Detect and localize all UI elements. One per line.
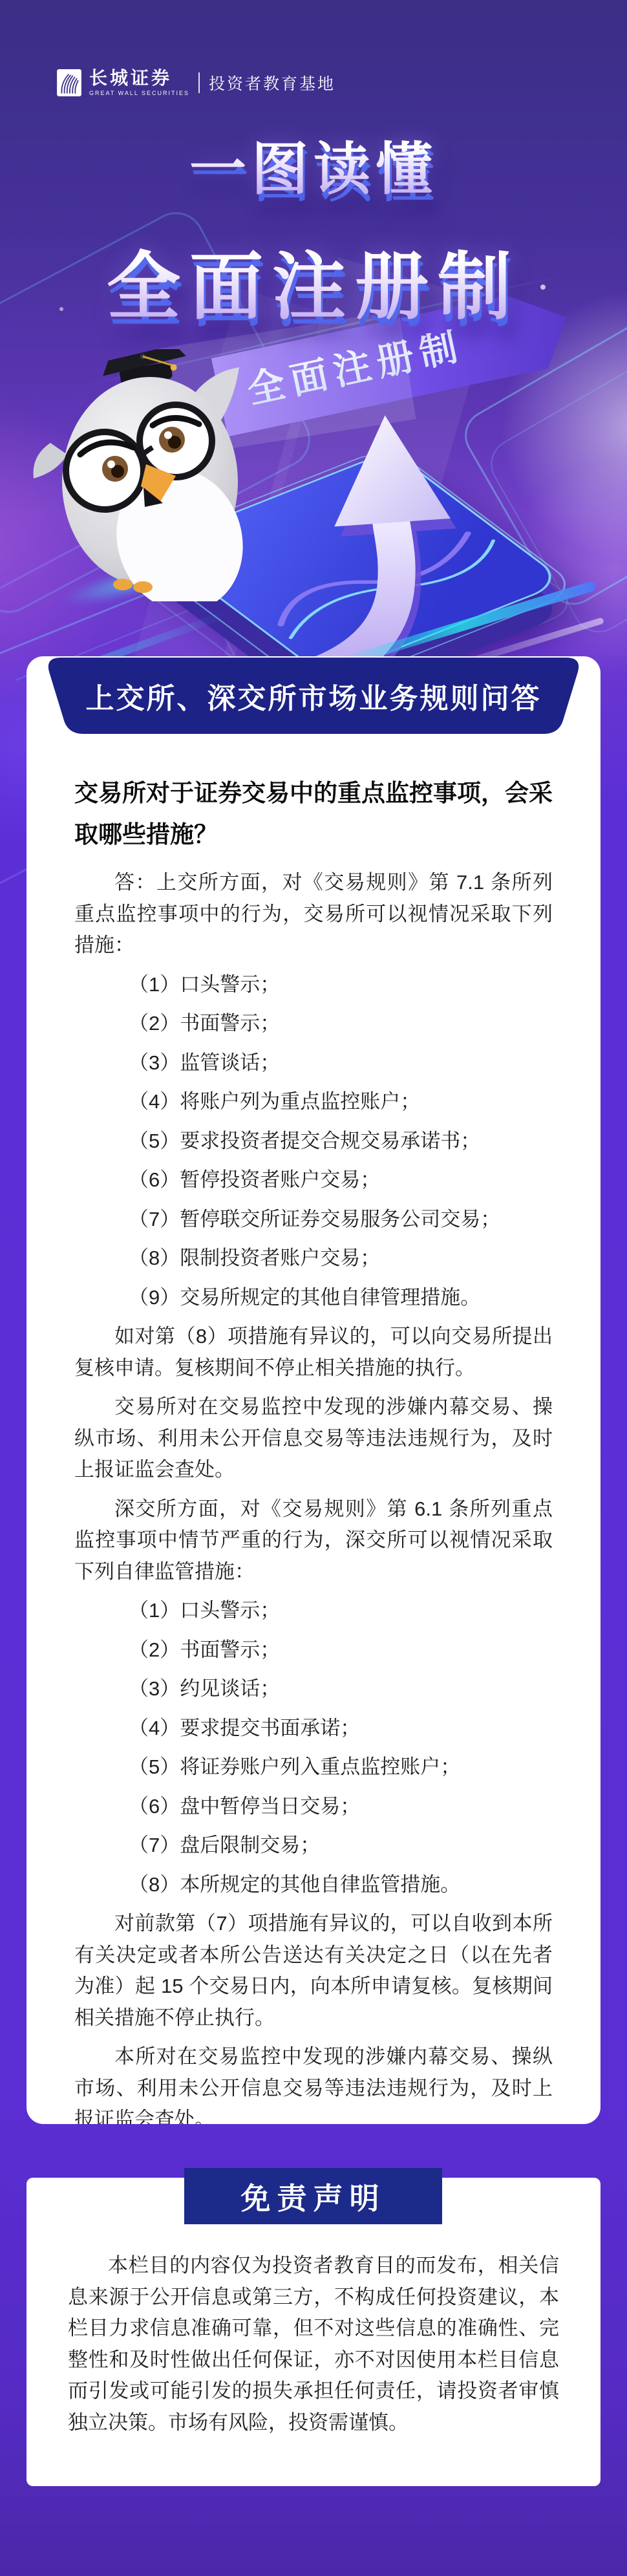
qa-list-item: （5）要求投资者提交合规交易承诺书； (74, 1126, 553, 1157)
qa-paragraph: 深交所方面，对《交易规则》第 6.1 条所列重点监控事项中情节严重的行为，深交所… (74, 1494, 553, 1588)
disclaimer-title-badge: 免责声明 (184, 2168, 442, 2224)
brand-suffix: 投资者教育基地 (209, 71, 335, 94)
qa-paragraph: 交易所对在交易监控中发现的涉嫌内幕交易、操纵市场、利用未公开信息交易等违法违规行… (74, 1391, 553, 1486)
qa-list-item: （4）要求提交书面承诺； (74, 1713, 553, 1744)
hero-title-line1-fill: 一图读懂 (0, 124, 627, 206)
qa-banner-title: 上交所、深交所市场业务规则问答 (44, 658, 583, 734)
qa-list-item: （5）将证券账户列入重点监控账户； (74, 1752, 553, 1783)
qa-list-item: （8）本所规定的其他自律监管措施。 (74, 1869, 553, 1901)
qa-list-item: （7）盘后限制交易； (74, 1830, 553, 1862)
qa-list-item: （6）暂停投资者账户交易； (74, 1165, 553, 1196)
hero-title-line2: 全面注册制 全面注册制 (0, 228, 627, 334)
qa-paragraph: 对前款第（7）项措施有异议的，可以自收到本所有关决定或者本所公告送达有关决定之日… (74, 1908, 553, 2034)
qa-list-item: （3）约见谈话； (74, 1673, 553, 1705)
owl-mascot (26, 349, 259, 601)
qa-paragraph: 本所对在交易监控中发现的涉嫌内幕交易、操纵市场、利用未公开信息交易等违法违规行为… (74, 2041, 553, 2124)
qa-card-banner: 上交所、深交所市场业务规则问答 (44, 658, 583, 734)
qa-list-item: （4）将账户列为重点监控账户； (74, 1086, 553, 1118)
qa-list-item: （9）交易所规定的其他自律管理措施。 (74, 1282, 553, 1314)
brand-name-en: GREAT WALL SECURITIES (89, 90, 189, 96)
brand-names: 长城证券 GREAT WALL SECURITIES (89, 69, 189, 96)
qa-card: 上交所、深交所市场业务规则问答 交易所对于证券交易中的重点监控事项，会采取哪些措… (27, 656, 600, 2124)
qa-list-item: （2）书面警示； (74, 1635, 553, 1666)
qa-paragraph: 答：上交所方面，对《交易规则》第 7.1 条所列重点监控事项中的行为，交易所可以… (74, 867, 553, 961)
brand-divider (198, 72, 200, 93)
poster-page: 长城证券 GREAT WALL SECURITIES 投资者教育基地 一图读懂 … (0, 0, 627, 2576)
qa-paragraph: 如对第（8）项措施有异议的，可以向交易所提出复核申请。复核期间不停止相关措施的执… (74, 1321, 553, 1384)
qa-list-item: （6）盘中暂停当日交易； (74, 1791, 553, 1823)
qa-list-item: （7）暂停联交所证券交易服务公司交易； (74, 1204, 553, 1236)
qa-list-item: （1）口头警示； (74, 969, 553, 1001)
qa-list-item: （2）书面警示； (74, 1008, 553, 1040)
hero-title-line1: 一图读懂 一图读懂 (0, 124, 627, 206)
brand-name-cn: 长城证券 (89, 69, 189, 88)
qa-answer-body: 答：上交所方面，对《交易规则》第 7.1 条所列重点监控事项中的行为，交易所可以… (74, 867, 553, 2124)
hero-title-line2-fill: 全面注册制 (0, 228, 627, 334)
qa-list-item: （1）口头警示； (74, 1595, 553, 1627)
brand-header: 长城证券 GREAT WALL SECURITIES 投资者教育基地 (57, 69, 335, 96)
qa-question: 交易所对于证券交易中的重点监控事项，会采取哪些措施？ (74, 773, 553, 855)
owl-tuft (34, 443, 67, 478)
disclaimer-text: 本栏目的内容仅为投资者教育目的而发布，相关信息来源于公开信息或第三方，不构成任何… (68, 2250, 559, 2438)
qa-list-item: （3）监管谈话； (74, 1047, 553, 1079)
qa-list-item: （8）限制投资者账户交易； (74, 1243, 553, 1274)
brand-logo-icon (57, 69, 81, 96)
